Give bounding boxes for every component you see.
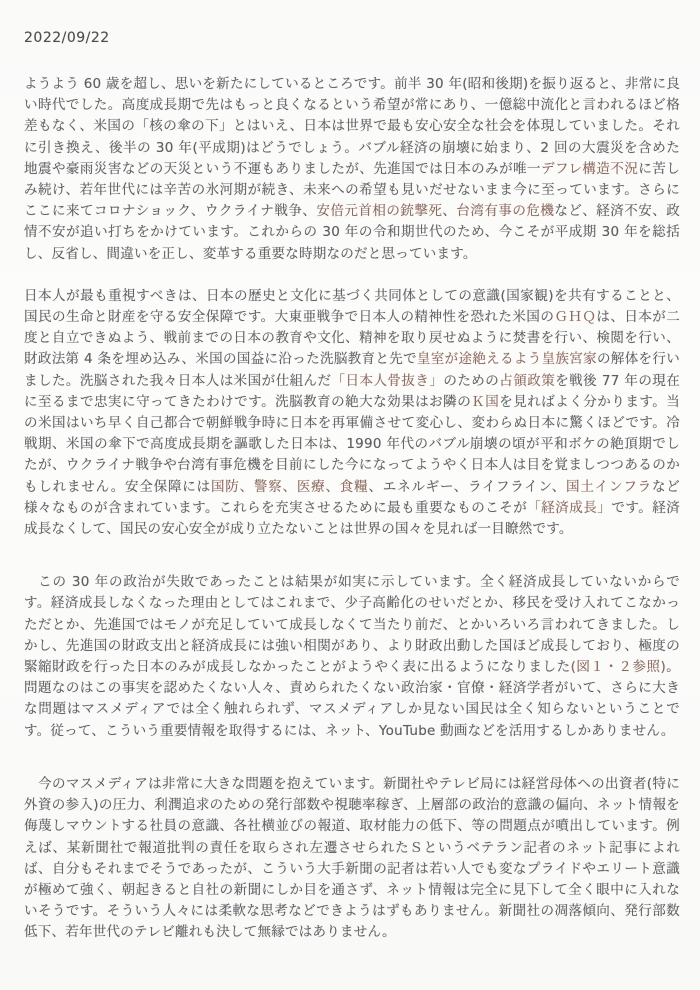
highlighted-term: 台湾有事の危機	[456, 203, 554, 219]
highlighted-term: (図１・２参照)	[571, 659, 666, 675]
highlighted-term: 国土インフラ	[566, 479, 652, 495]
highlighted-term: 安倍元首相の銃撃死	[316, 203, 442, 219]
highlighted-term: 皇室が途絶えるよう皇族宮家	[417, 351, 597, 367]
highlighted-term: ＧＨＱ	[554, 309, 596, 325]
highlighted-term: 占領政策	[499, 373, 555, 389]
highlighted-term: Ｋ国	[471, 394, 499, 410]
highlighted-term: 「日本人骨抜き」	[332, 373, 444, 389]
paragraph: 今のマスメディアは非常に大きな問題を抱えています。新聞社やテレビ局には経営母体へ…	[24, 774, 680, 944]
highlighted-term: 国防、警察、医療、食糧	[211, 479, 369, 495]
document-body: ようよう 60 歳を超し、思いを新たにしているところです。前半 30 年(昭和後…	[24, 74, 680, 944]
scanned-document-page: 2022/09/22 ようよう 60 歳を超し、思いを新たにしているところです。…	[0, 0, 700, 990]
paragraph: この 30 年の政治が失敗であったことは結果が如実に示しています。全く経済成長し…	[24, 572, 680, 742]
highlighted-term: デフレ構造不況	[541, 161, 638, 177]
paragraph: ようよう 60 歳を超し、思いを新たにしているところです。前半 30 年(昭和後…	[24, 74, 680, 265]
paragraph: 日本人が最も重視すべきは、日本の歴史と文化に基づく共同体としての意識(国家観)を…	[24, 286, 680, 540]
document-date: 2022/09/22	[24, 30, 680, 46]
highlighted-term: 「経済成長」	[527, 500, 611, 516]
